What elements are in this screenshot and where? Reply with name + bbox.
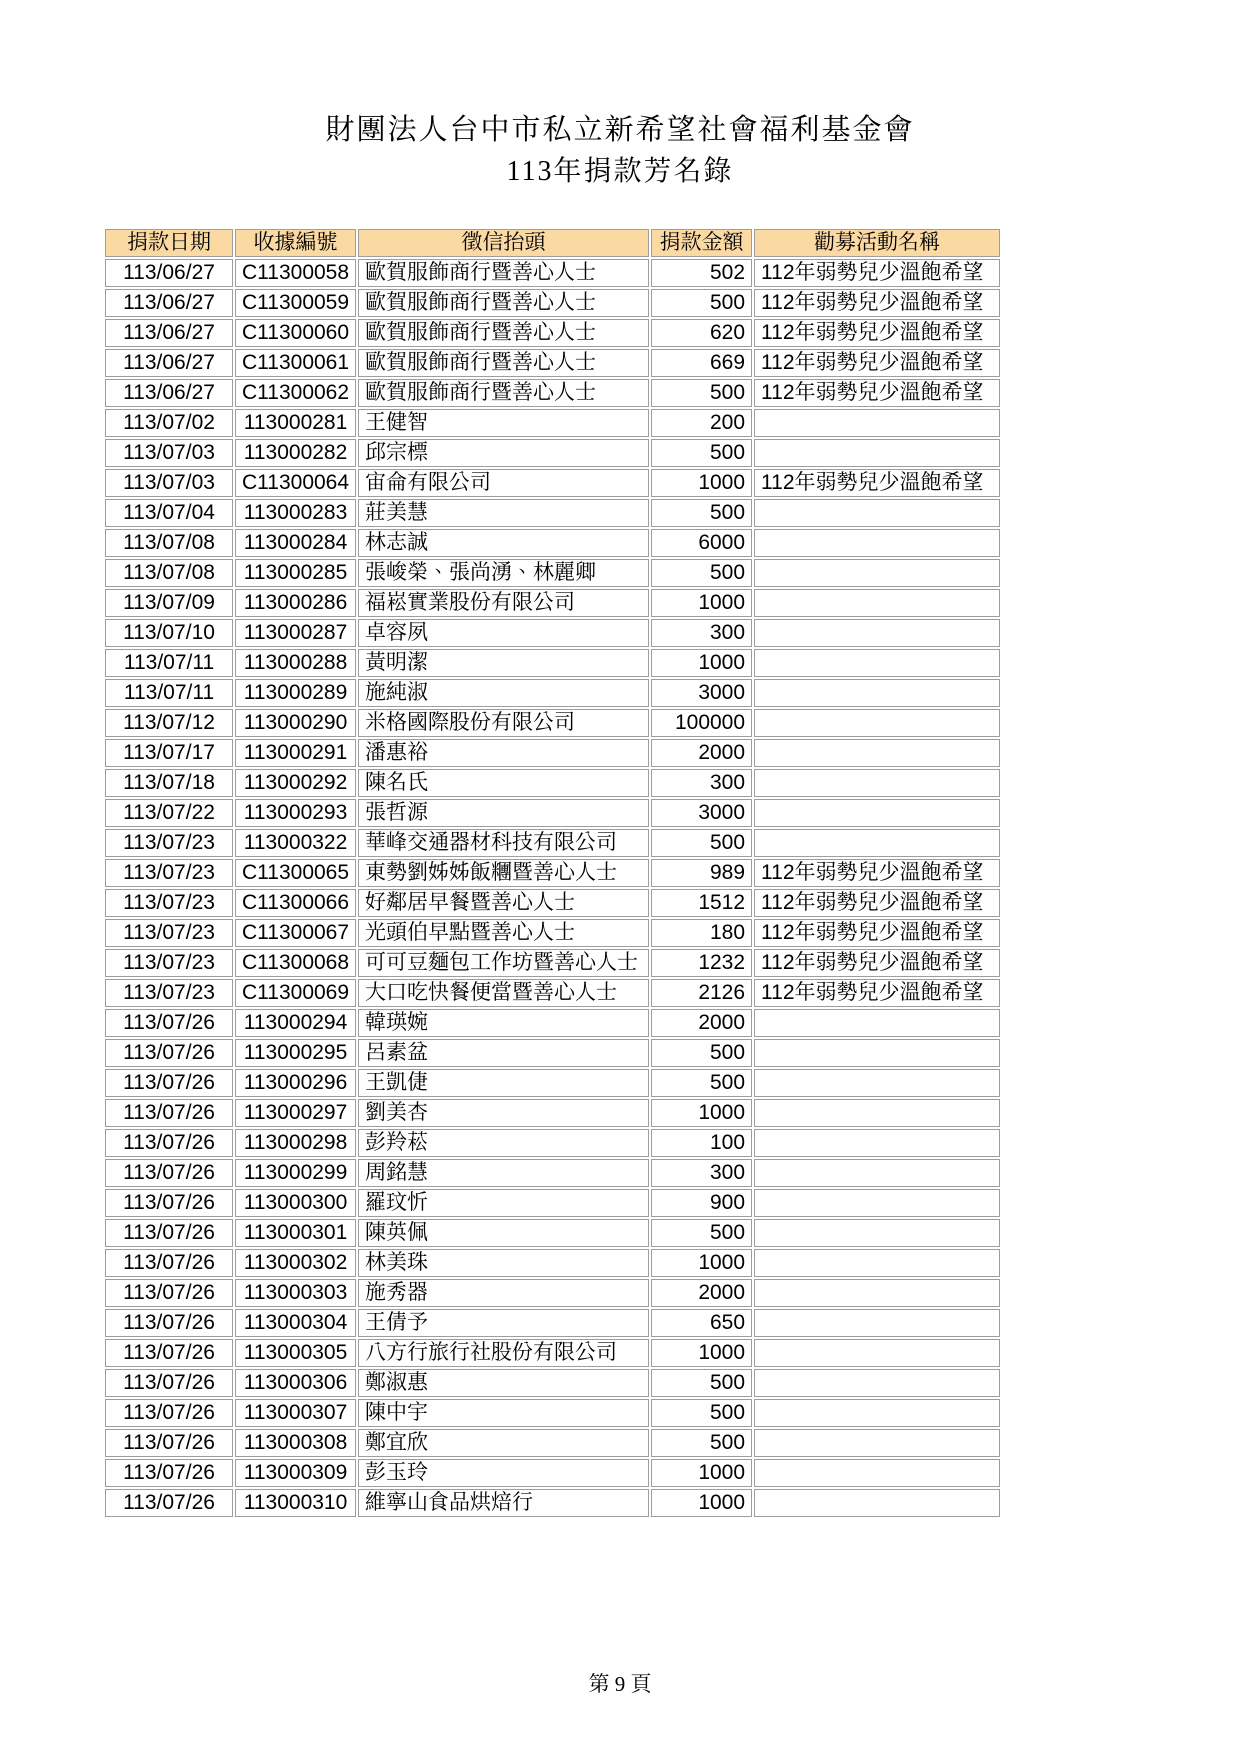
cell-name: 維寧山食品烘焙行 bbox=[358, 1489, 649, 1517]
cell-name: 莊美慧 bbox=[358, 499, 649, 527]
cell-amount: 2000 bbox=[651, 739, 752, 767]
cell-date: 113/06/27 bbox=[105, 379, 233, 407]
cell-name: 施秀器 bbox=[358, 1279, 649, 1307]
cell-amount: 900 bbox=[651, 1189, 752, 1217]
cell-activity bbox=[754, 1009, 1000, 1037]
cell-date: 113/07/18 bbox=[105, 769, 233, 797]
cell-name: 潘惠裕 bbox=[358, 739, 649, 767]
table-row: 113/07/26113000304王倩予650 bbox=[105, 1309, 1000, 1337]
cell-amount: 650 bbox=[651, 1309, 752, 1337]
cell-receipt: C11300062 bbox=[235, 379, 356, 407]
cell-receipt: C11300066 bbox=[235, 889, 356, 917]
cell-amount: 1000 bbox=[651, 1099, 752, 1127]
cell-activity bbox=[754, 649, 1000, 677]
cell-name: 歐賀服飾商行暨善心人士 bbox=[358, 289, 649, 317]
cell-activity bbox=[754, 1399, 1000, 1427]
cell-receipt: C11300067 bbox=[235, 919, 356, 947]
cell-amount: 1000 bbox=[651, 1249, 752, 1277]
cell-activity bbox=[754, 739, 1000, 767]
cell-amount: 1000 bbox=[651, 649, 752, 677]
table-row: 113/06/27C11300058歐賀服飾商行暨善心人士502112年弱勢兒少… bbox=[105, 259, 1000, 287]
cell-receipt: 113000298 bbox=[235, 1129, 356, 1157]
cell-name: 呂素盆 bbox=[358, 1039, 649, 1067]
cell-receipt: 113000306 bbox=[235, 1369, 356, 1397]
table-row: 113/07/26113000297劉美杏1000 bbox=[105, 1099, 1000, 1127]
cell-amount: 500 bbox=[651, 1039, 752, 1067]
cell-amount: 500 bbox=[651, 1369, 752, 1397]
cell-date: 113/07/03 bbox=[105, 469, 233, 497]
cell-date: 113/07/26 bbox=[105, 1249, 233, 1277]
cell-amount: 500 bbox=[651, 829, 752, 857]
cell-amount: 3000 bbox=[651, 679, 752, 707]
cell-name: 光頭伯早點暨善心人士 bbox=[358, 919, 649, 947]
cell-amount: 502 bbox=[651, 259, 752, 287]
table-body: 113/06/27C11300058歐賀服飾商行暨善心人士502112年弱勢兒少… bbox=[105, 259, 1000, 1517]
cell-date: 113/07/26 bbox=[105, 1219, 233, 1247]
cell-date: 113/07/23 bbox=[105, 829, 233, 857]
cell-amount: 620 bbox=[651, 319, 752, 347]
cell-receipt: 113000300 bbox=[235, 1189, 356, 1217]
page-subtitle: 113年捐款芳名錄 bbox=[0, 152, 1240, 192]
cell-name: 八方行旅行社股份有限公司 bbox=[358, 1339, 649, 1367]
cell-receipt: C11300065 bbox=[235, 859, 356, 887]
cell-date: 113/07/09 bbox=[105, 589, 233, 617]
table-row: 113/07/08113000284林志誠6000 bbox=[105, 529, 1000, 557]
cell-activity bbox=[754, 829, 1000, 857]
cell-activity: 112年弱勢兒少溫飽希望 bbox=[754, 979, 1000, 1007]
column-header: 收據編號 bbox=[235, 229, 356, 257]
cell-amount: 500 bbox=[651, 499, 752, 527]
table-row: 113/07/04113000283莊美慧500 bbox=[105, 499, 1000, 527]
cell-receipt: 113000297 bbox=[235, 1099, 356, 1127]
cell-name: 王健智 bbox=[358, 409, 649, 437]
cell-activity bbox=[754, 1309, 1000, 1337]
cell-receipt: 113000299 bbox=[235, 1159, 356, 1187]
cell-date: 113/07/11 bbox=[105, 679, 233, 707]
cell-date: 113/07/23 bbox=[105, 979, 233, 1007]
cell-activity bbox=[754, 1489, 1000, 1517]
cell-activity bbox=[754, 589, 1000, 617]
page-title: 財團法人台中市私立新希望社會福利基金會 bbox=[0, 110, 1240, 150]
table-row: 113/07/26113000302林美珠1000 bbox=[105, 1249, 1000, 1277]
cell-amount: 1000 bbox=[651, 589, 752, 617]
cell-date: 113/07/26 bbox=[105, 1279, 233, 1307]
cell-date: 113/07/08 bbox=[105, 559, 233, 587]
cell-date: 113/07/02 bbox=[105, 409, 233, 437]
table-row: 113/07/26113000301陳英佩500 bbox=[105, 1219, 1000, 1247]
cell-date: 113/07/26 bbox=[105, 1399, 233, 1427]
cell-name: 宙侖有限公司 bbox=[358, 469, 649, 497]
cell-activity bbox=[754, 559, 1000, 587]
table-row: 113/07/02113000281王健智200 bbox=[105, 409, 1000, 437]
cell-receipt: 113000281 bbox=[235, 409, 356, 437]
table-row: 113/07/23113000322華峰交通器材科技有限公司500 bbox=[105, 829, 1000, 857]
cell-receipt: C11300059 bbox=[235, 289, 356, 317]
cell-name: 陳名氏 bbox=[358, 769, 649, 797]
cell-date: 113/06/27 bbox=[105, 319, 233, 347]
cell-amount: 1512 bbox=[651, 889, 752, 917]
cell-name: 彭玉玲 bbox=[358, 1459, 649, 1487]
cell-date: 113/06/27 bbox=[105, 349, 233, 377]
cell-activity bbox=[754, 1189, 1000, 1217]
cell-activity: 112年弱勢兒少溫飽希望 bbox=[754, 859, 1000, 887]
cell-amount: 100000 bbox=[651, 709, 752, 737]
cell-activity bbox=[754, 679, 1000, 707]
cell-receipt: 113000294 bbox=[235, 1009, 356, 1037]
cell-date: 113/07/26 bbox=[105, 1069, 233, 1097]
cell-activity bbox=[754, 1369, 1000, 1397]
cell-receipt: 113000285 bbox=[235, 559, 356, 587]
cell-date: 113/07/26 bbox=[105, 1099, 233, 1127]
cell-activity: 112年弱勢兒少溫飽希望 bbox=[754, 319, 1000, 347]
cell-activity: 112年弱勢兒少溫飽希望 bbox=[754, 919, 1000, 947]
cell-amount: 500 bbox=[651, 1399, 752, 1427]
cell-name: 歐賀服飾商行暨善心人士 bbox=[358, 349, 649, 377]
cell-date: 113/07/23 bbox=[105, 949, 233, 977]
cell-name: 東勢劉姊姊飯糰暨善心人士 bbox=[358, 859, 649, 887]
table-row: 113/06/27C11300062歐賀服飾商行暨善心人士500112年弱勢兒少… bbox=[105, 379, 1000, 407]
cell-date: 113/07/08 bbox=[105, 529, 233, 557]
cell-receipt: 113000295 bbox=[235, 1039, 356, 1067]
cell-name: 王凱倢 bbox=[358, 1069, 649, 1097]
table-row: 113/07/12113000290米格國際股份有限公司100000 bbox=[105, 709, 1000, 737]
cell-receipt: C11300061 bbox=[235, 349, 356, 377]
cell-activity: 112年弱勢兒少溫飽希望 bbox=[754, 949, 1000, 977]
cell-amount: 1000 bbox=[651, 1459, 752, 1487]
cell-name: 米格國際股份有限公司 bbox=[358, 709, 649, 737]
cell-name: 鄭宜欣 bbox=[358, 1429, 649, 1457]
column-header: 捐款金額 bbox=[651, 229, 752, 257]
table-row: 113/07/26113000309彭玉玲1000 bbox=[105, 1459, 1000, 1487]
cell-date: 113/07/26 bbox=[105, 1009, 233, 1037]
table-row: 113/07/11113000288黃明潔1000 bbox=[105, 649, 1000, 677]
cell-amount: 500 bbox=[651, 379, 752, 407]
cell-activity: 112年弱勢兒少溫飽希望 bbox=[754, 379, 1000, 407]
cell-activity bbox=[754, 529, 1000, 557]
cell-receipt: 113000284 bbox=[235, 529, 356, 557]
cell-name: 鄭淑惠 bbox=[358, 1369, 649, 1397]
cell-name: 黃明潔 bbox=[358, 649, 649, 677]
cell-name: 歐賀服飾商行暨善心人士 bbox=[358, 379, 649, 407]
cell-receipt: 113000291 bbox=[235, 739, 356, 767]
table-row: 113/07/23C11300065東勢劉姊姊飯糰暨善心人士989112年弱勢兒… bbox=[105, 859, 1000, 887]
cell-receipt: 113000310 bbox=[235, 1489, 356, 1517]
cell-receipt: 113000282 bbox=[235, 439, 356, 467]
cell-activity bbox=[754, 1219, 1000, 1247]
cell-amount: 2126 bbox=[651, 979, 752, 1007]
cell-receipt: C11300064 bbox=[235, 469, 356, 497]
table-row: 113/07/26113000310維寧山食品烘焙行1000 bbox=[105, 1489, 1000, 1517]
cell-name: 劉美杏 bbox=[358, 1099, 649, 1127]
table-row: 113/07/23C11300067光頭伯早點暨善心人士180112年弱勢兒少溫… bbox=[105, 919, 1000, 947]
table-row: 113/07/26113000294韓瑛婉2000 bbox=[105, 1009, 1000, 1037]
cell-amount: 500 bbox=[651, 559, 752, 587]
cell-activity: 112年弱勢兒少溫飽希望 bbox=[754, 259, 1000, 287]
cell-receipt: 113000290 bbox=[235, 709, 356, 737]
cell-amount: 3000 bbox=[651, 799, 752, 827]
cell-name: 華峰交通器材科技有限公司 bbox=[358, 829, 649, 857]
table-row: 113/07/26113000298彭羚菘100 bbox=[105, 1129, 1000, 1157]
cell-activity bbox=[754, 1249, 1000, 1277]
table-row: 113/07/10113000287卓容夙300 bbox=[105, 619, 1000, 647]
cell-name: 可可豆麵包工作坊暨善心人士 bbox=[358, 949, 649, 977]
cell-name: 福崧實業股份有限公司 bbox=[358, 589, 649, 617]
cell-activity: 112年弱勢兒少溫飽希望 bbox=[754, 469, 1000, 497]
table-row: 113/07/26113000303施秀器2000 bbox=[105, 1279, 1000, 1307]
cell-activity bbox=[754, 799, 1000, 827]
cell-name: 林志誠 bbox=[358, 529, 649, 557]
table-row: 113/07/26113000307陳中宇500 bbox=[105, 1399, 1000, 1427]
table-row: 113/07/23C11300068可可豆麵包工作坊暨善心人士1232112年弱… bbox=[105, 949, 1000, 977]
cell-date: 113/07/23 bbox=[105, 919, 233, 947]
cell-amount: 669 bbox=[651, 349, 752, 377]
cell-activity bbox=[754, 709, 1000, 737]
cell-receipt: 113000308 bbox=[235, 1429, 356, 1457]
cell-date: 113/07/26 bbox=[105, 1429, 233, 1457]
cell-amount: 300 bbox=[651, 1159, 752, 1187]
table-row: 113/07/03113000282邱宗標500 bbox=[105, 439, 1000, 467]
cell-activity bbox=[754, 1339, 1000, 1367]
cell-activity: 112年弱勢兒少溫飽希望 bbox=[754, 349, 1000, 377]
cell-receipt: 113000307 bbox=[235, 1399, 356, 1427]
cell-receipt: 113000287 bbox=[235, 619, 356, 647]
cell-receipt: C11300068 bbox=[235, 949, 356, 977]
cell-date: 113/07/22 bbox=[105, 799, 233, 827]
cell-name: 邱宗標 bbox=[358, 439, 649, 467]
table-row: 113/07/26113000306鄭淑惠500 bbox=[105, 1369, 1000, 1397]
table-row: 113/07/26113000300羅玟忻900 bbox=[105, 1189, 1000, 1217]
cell-date: 113/07/26 bbox=[105, 1129, 233, 1157]
cell-date: 113/07/26 bbox=[105, 1369, 233, 1397]
cell-activity bbox=[754, 1279, 1000, 1307]
cell-amount: 500 bbox=[651, 289, 752, 317]
table-row: 113/07/26113000305八方行旅行社股份有限公司1000 bbox=[105, 1339, 1000, 1367]
cell-activity bbox=[754, 499, 1000, 527]
cell-name: 卓容夙 bbox=[358, 619, 649, 647]
cell-receipt: 113000289 bbox=[235, 679, 356, 707]
table-row: 113/07/03C11300064宙侖有限公司1000112年弱勢兒少溫飽希望 bbox=[105, 469, 1000, 497]
cell-activity bbox=[754, 1039, 1000, 1067]
page-number: 第 9 頁 bbox=[0, 1668, 1240, 1698]
table-row: 113/07/23C11300066好鄰居早餐暨善心人士1512112年弱勢兒少… bbox=[105, 889, 1000, 917]
cell-amount: 1000 bbox=[651, 1339, 752, 1367]
cell-date: 113/07/26 bbox=[105, 1039, 233, 1067]
donation-table: 捐款日期收據編號徵信抬頭捐款金額勸募活動名稱 113/06/27C1130005… bbox=[103, 227, 1002, 1519]
cell-date: 113/07/11 bbox=[105, 649, 233, 677]
table-row: 113/07/26113000299周銘慧300 bbox=[105, 1159, 1000, 1187]
cell-amount: 1000 bbox=[651, 1489, 752, 1517]
cell-name: 大口吃快餐便當暨善心人士 bbox=[358, 979, 649, 1007]
cell-receipt: 113000283 bbox=[235, 499, 356, 527]
cell-activity bbox=[754, 1069, 1000, 1097]
cell-receipt: 113000302 bbox=[235, 1249, 356, 1277]
cell-amount: 2000 bbox=[651, 1279, 752, 1307]
cell-date: 113/06/27 bbox=[105, 259, 233, 287]
table-row: 113/06/27C11300059歐賀服飾商行暨善心人士500112年弱勢兒少… bbox=[105, 289, 1000, 317]
cell-name: 王倩予 bbox=[358, 1309, 649, 1337]
cell-receipt: 113000286 bbox=[235, 589, 356, 617]
table-header-row: 捐款日期收據編號徵信抬頭捐款金額勸募活動名稱 bbox=[105, 229, 1000, 257]
cell-activity bbox=[754, 1459, 1000, 1487]
table-row: 113/07/26113000296王凱倢500 bbox=[105, 1069, 1000, 1097]
cell-date: 113/07/12 bbox=[105, 709, 233, 737]
cell-name: 施純淑 bbox=[358, 679, 649, 707]
table-row: 113/07/17113000291潘惠裕2000 bbox=[105, 739, 1000, 767]
cell-date: 113/07/26 bbox=[105, 1309, 233, 1337]
cell-date: 113/07/03 bbox=[105, 439, 233, 467]
cell-date: 113/07/26 bbox=[105, 1159, 233, 1187]
cell-receipt: 113000301 bbox=[235, 1219, 356, 1247]
cell-receipt: C11300060 bbox=[235, 319, 356, 347]
cell-activity bbox=[754, 1099, 1000, 1127]
cell-amount: 180 bbox=[651, 919, 752, 947]
cell-date: 113/07/26 bbox=[105, 1489, 233, 1517]
column-header: 勸募活動名稱 bbox=[754, 229, 1000, 257]
cell-receipt: 113000292 bbox=[235, 769, 356, 797]
cell-receipt: C11300058 bbox=[235, 259, 356, 287]
cell-date: 113/07/26 bbox=[105, 1459, 233, 1487]
cell-name: 羅玟忻 bbox=[358, 1189, 649, 1217]
cell-date: 113/07/04 bbox=[105, 499, 233, 527]
cell-name: 歐賀服飾商行暨善心人士 bbox=[358, 319, 649, 347]
cell-receipt: 113000309 bbox=[235, 1459, 356, 1487]
table-row: 113/07/22113000293張哲源3000 bbox=[105, 799, 1000, 827]
cell-amount: 200 bbox=[651, 409, 752, 437]
cell-date: 113/07/23 bbox=[105, 859, 233, 887]
cell-activity: 112年弱勢兒少溫飽希望 bbox=[754, 889, 1000, 917]
cell-name: 好鄰居早餐暨善心人士 bbox=[358, 889, 649, 917]
column-header: 徵信抬頭 bbox=[358, 229, 649, 257]
cell-date: 113/07/17 bbox=[105, 739, 233, 767]
cell-activity bbox=[754, 1129, 1000, 1157]
table-row: 113/07/18113000292陳名氏300 bbox=[105, 769, 1000, 797]
table-row: 113/07/09113000286福崧實業股份有限公司1000 bbox=[105, 589, 1000, 617]
cell-name: 張峻榮、張尚湧、林麗卿 bbox=[358, 559, 649, 587]
cell-receipt: 113000296 bbox=[235, 1069, 356, 1097]
cell-receipt: C11300069 bbox=[235, 979, 356, 1007]
cell-date: 113/07/23 bbox=[105, 889, 233, 917]
table-row: 113/07/11113000289施純淑3000 bbox=[105, 679, 1000, 707]
cell-amount: 500 bbox=[651, 439, 752, 467]
table-row: 113/07/26113000308鄭宜欣500 bbox=[105, 1429, 1000, 1457]
cell-receipt: 113000322 bbox=[235, 829, 356, 857]
cell-amount: 989 bbox=[651, 859, 752, 887]
table-row: 113/06/27C11300061歐賀服飾商行暨善心人士669112年弱勢兒少… bbox=[105, 349, 1000, 377]
cell-activity bbox=[754, 409, 1000, 437]
cell-amount: 500 bbox=[651, 1219, 752, 1247]
cell-receipt: 113000303 bbox=[235, 1279, 356, 1307]
cell-activity bbox=[754, 1159, 1000, 1187]
cell-date: 113/07/10 bbox=[105, 619, 233, 647]
column-header: 捐款日期 bbox=[105, 229, 233, 257]
cell-date: 113/07/26 bbox=[105, 1189, 233, 1217]
cell-date: 113/06/27 bbox=[105, 289, 233, 317]
table-row: 113/07/08113000285張峻榮、張尚湧、林麗卿500 bbox=[105, 559, 1000, 587]
cell-amount: 500 bbox=[651, 1069, 752, 1097]
cell-name: 張哲源 bbox=[358, 799, 649, 827]
cell-name: 陳中宇 bbox=[358, 1399, 649, 1427]
cell-date: 113/07/26 bbox=[105, 1339, 233, 1367]
cell-amount: 1232 bbox=[651, 949, 752, 977]
cell-amount: 1000 bbox=[651, 469, 752, 497]
cell-name: 韓瑛婉 bbox=[358, 1009, 649, 1037]
cell-receipt: 113000304 bbox=[235, 1309, 356, 1337]
cell-activity bbox=[754, 1429, 1000, 1457]
cell-name: 周銘慧 bbox=[358, 1159, 649, 1187]
cell-activity bbox=[754, 769, 1000, 797]
document-header: 財團法人台中市私立新希望社會福利基金會 113年捐款芳名錄 bbox=[0, 0, 1240, 192]
cell-name: 歐賀服飾商行暨善心人士 bbox=[358, 259, 649, 287]
cell-amount: 300 bbox=[651, 619, 752, 647]
cell-activity bbox=[754, 439, 1000, 467]
cell-name: 彭羚菘 bbox=[358, 1129, 649, 1157]
table-row: 113/07/26113000295呂素盆500 bbox=[105, 1039, 1000, 1067]
cell-amount: 500 bbox=[651, 1429, 752, 1457]
cell-activity: 112年弱勢兒少溫飽希望 bbox=[754, 289, 1000, 317]
cell-amount: 6000 bbox=[651, 529, 752, 557]
table-row: 113/07/23C11300069大口吃快餐便當暨善心人士2126112年弱勢… bbox=[105, 979, 1000, 1007]
cell-name: 陳英佩 bbox=[358, 1219, 649, 1247]
cell-amount: 2000 bbox=[651, 1009, 752, 1037]
cell-receipt: 113000293 bbox=[235, 799, 356, 827]
cell-amount: 300 bbox=[651, 769, 752, 797]
cell-receipt: 113000305 bbox=[235, 1339, 356, 1367]
cell-name: 林美珠 bbox=[358, 1249, 649, 1277]
cell-receipt: 113000288 bbox=[235, 649, 356, 677]
table-row: 113/06/27C11300060歐賀服飾商行暨善心人士620112年弱勢兒少… bbox=[105, 319, 1000, 347]
cell-activity bbox=[754, 619, 1000, 647]
cell-amount: 100 bbox=[651, 1129, 752, 1157]
